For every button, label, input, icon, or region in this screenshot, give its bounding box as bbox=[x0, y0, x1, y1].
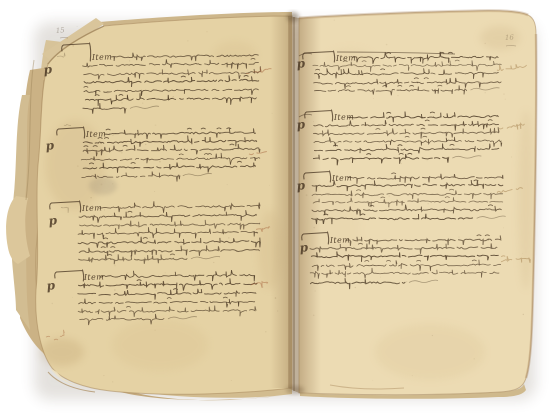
freckle bbox=[313, 121, 314, 122]
freckle bbox=[432, 335, 433, 336]
folio-mark-right: 16 bbox=[505, 34, 515, 42]
freckle bbox=[228, 237, 230, 239]
freckle bbox=[112, 135, 113, 136]
entry-opening-word: Item bbox=[335, 53, 357, 63]
manuscript-photo: ItempItempItempItempItempItempItempItemp… bbox=[0, 0, 555, 416]
freckle bbox=[511, 156, 512, 157]
freckle bbox=[103, 375, 104, 376]
freckle bbox=[127, 272, 129, 274]
freckle bbox=[229, 121, 230, 122]
freckle bbox=[213, 262, 214, 263]
freckle bbox=[373, 98, 374, 99]
freckle bbox=[159, 161, 161, 163]
freckle bbox=[401, 163, 402, 164]
freckle bbox=[313, 315, 315, 317]
stain bbox=[518, 110, 534, 290]
freckle bbox=[355, 287, 356, 288]
freckle bbox=[522, 253, 523, 254]
entry-opening-word: Item bbox=[81, 203, 103, 213]
freckle bbox=[231, 380, 232, 381]
freckle bbox=[72, 297, 73, 298]
freckle bbox=[265, 331, 266, 332]
freckle bbox=[101, 183, 103, 185]
folio-mark-left: 15 bbox=[55, 26, 65, 35]
freckle bbox=[334, 20, 335, 21]
freckle bbox=[187, 40, 188, 41]
stain bbox=[40, 338, 84, 366]
freckle bbox=[357, 75, 358, 76]
freckle bbox=[428, 203, 429, 204]
freckle bbox=[170, 228, 171, 229]
freckle bbox=[92, 294, 93, 295]
freckle bbox=[258, 133, 259, 134]
freckle bbox=[503, 93, 504, 94]
freckle bbox=[306, 194, 308, 196]
freckle bbox=[156, 290, 157, 291]
freckle bbox=[372, 183, 373, 184]
freckle bbox=[145, 144, 147, 146]
freckle bbox=[165, 272, 166, 273]
freckle bbox=[397, 95, 398, 96]
freckle bbox=[386, 44, 388, 46]
freckle bbox=[277, 310, 278, 311]
stain bbox=[112, 319, 208, 371]
freckle bbox=[142, 102, 143, 103]
freckle bbox=[346, 126, 348, 128]
freckle bbox=[269, 185, 270, 186]
freckle bbox=[227, 184, 228, 185]
freckle bbox=[380, 277, 381, 278]
smudge bbox=[89, 177, 117, 195]
freckle bbox=[206, 31, 207, 32]
gutter-top-shadow bbox=[287, 12, 299, 22]
freckle bbox=[114, 289, 116, 291]
freckle bbox=[412, 375, 413, 376]
freckle bbox=[72, 45, 74, 47]
entry-opening-word: Item bbox=[91, 52, 113, 62]
entry-opening-word: Item bbox=[85, 129, 107, 139]
freckle bbox=[474, 358, 475, 359]
freckle bbox=[315, 290, 316, 291]
freckle bbox=[90, 197, 91, 198]
freckle bbox=[388, 195, 390, 197]
freckle bbox=[373, 380, 374, 381]
stain bbox=[480, 26, 520, 50]
freckle bbox=[77, 26, 78, 27]
freckle bbox=[503, 228, 504, 229]
freckle bbox=[112, 381, 113, 382]
freckle bbox=[77, 165, 79, 167]
freckle bbox=[485, 43, 486, 44]
freckle bbox=[505, 99, 506, 100]
freckle bbox=[52, 303, 53, 304]
freckle bbox=[272, 113, 273, 114]
freckle bbox=[154, 191, 155, 192]
freckle bbox=[275, 297, 277, 299]
freckle bbox=[149, 237, 151, 239]
gutter-bottom-shadow bbox=[286, 386, 304, 394]
freckle bbox=[458, 236, 459, 237]
freckle bbox=[107, 93, 109, 95]
stain bbox=[258, 210, 282, 290]
freckle bbox=[114, 265, 116, 267]
freckle bbox=[121, 102, 123, 104]
stain bbox=[375, 324, 485, 380]
freckle bbox=[112, 183, 113, 184]
freckle bbox=[55, 61, 56, 62]
freckle bbox=[155, 124, 157, 126]
freckle bbox=[104, 209, 105, 210]
freckle bbox=[406, 281, 407, 282]
freckle bbox=[313, 227, 315, 229]
freckle bbox=[483, 145, 484, 146]
freckle bbox=[523, 314, 524, 315]
freckle bbox=[203, 274, 204, 275]
freckle bbox=[485, 92, 486, 93]
freckle bbox=[173, 96, 174, 97]
freckle bbox=[427, 160, 428, 161]
freckle bbox=[154, 330, 155, 331]
freckle bbox=[121, 152, 123, 154]
open-book: ItempItempItempItempItempItempItempItemp… bbox=[0, 0, 555, 416]
freckle bbox=[403, 152, 404, 153]
freckle bbox=[129, 60, 130, 61]
